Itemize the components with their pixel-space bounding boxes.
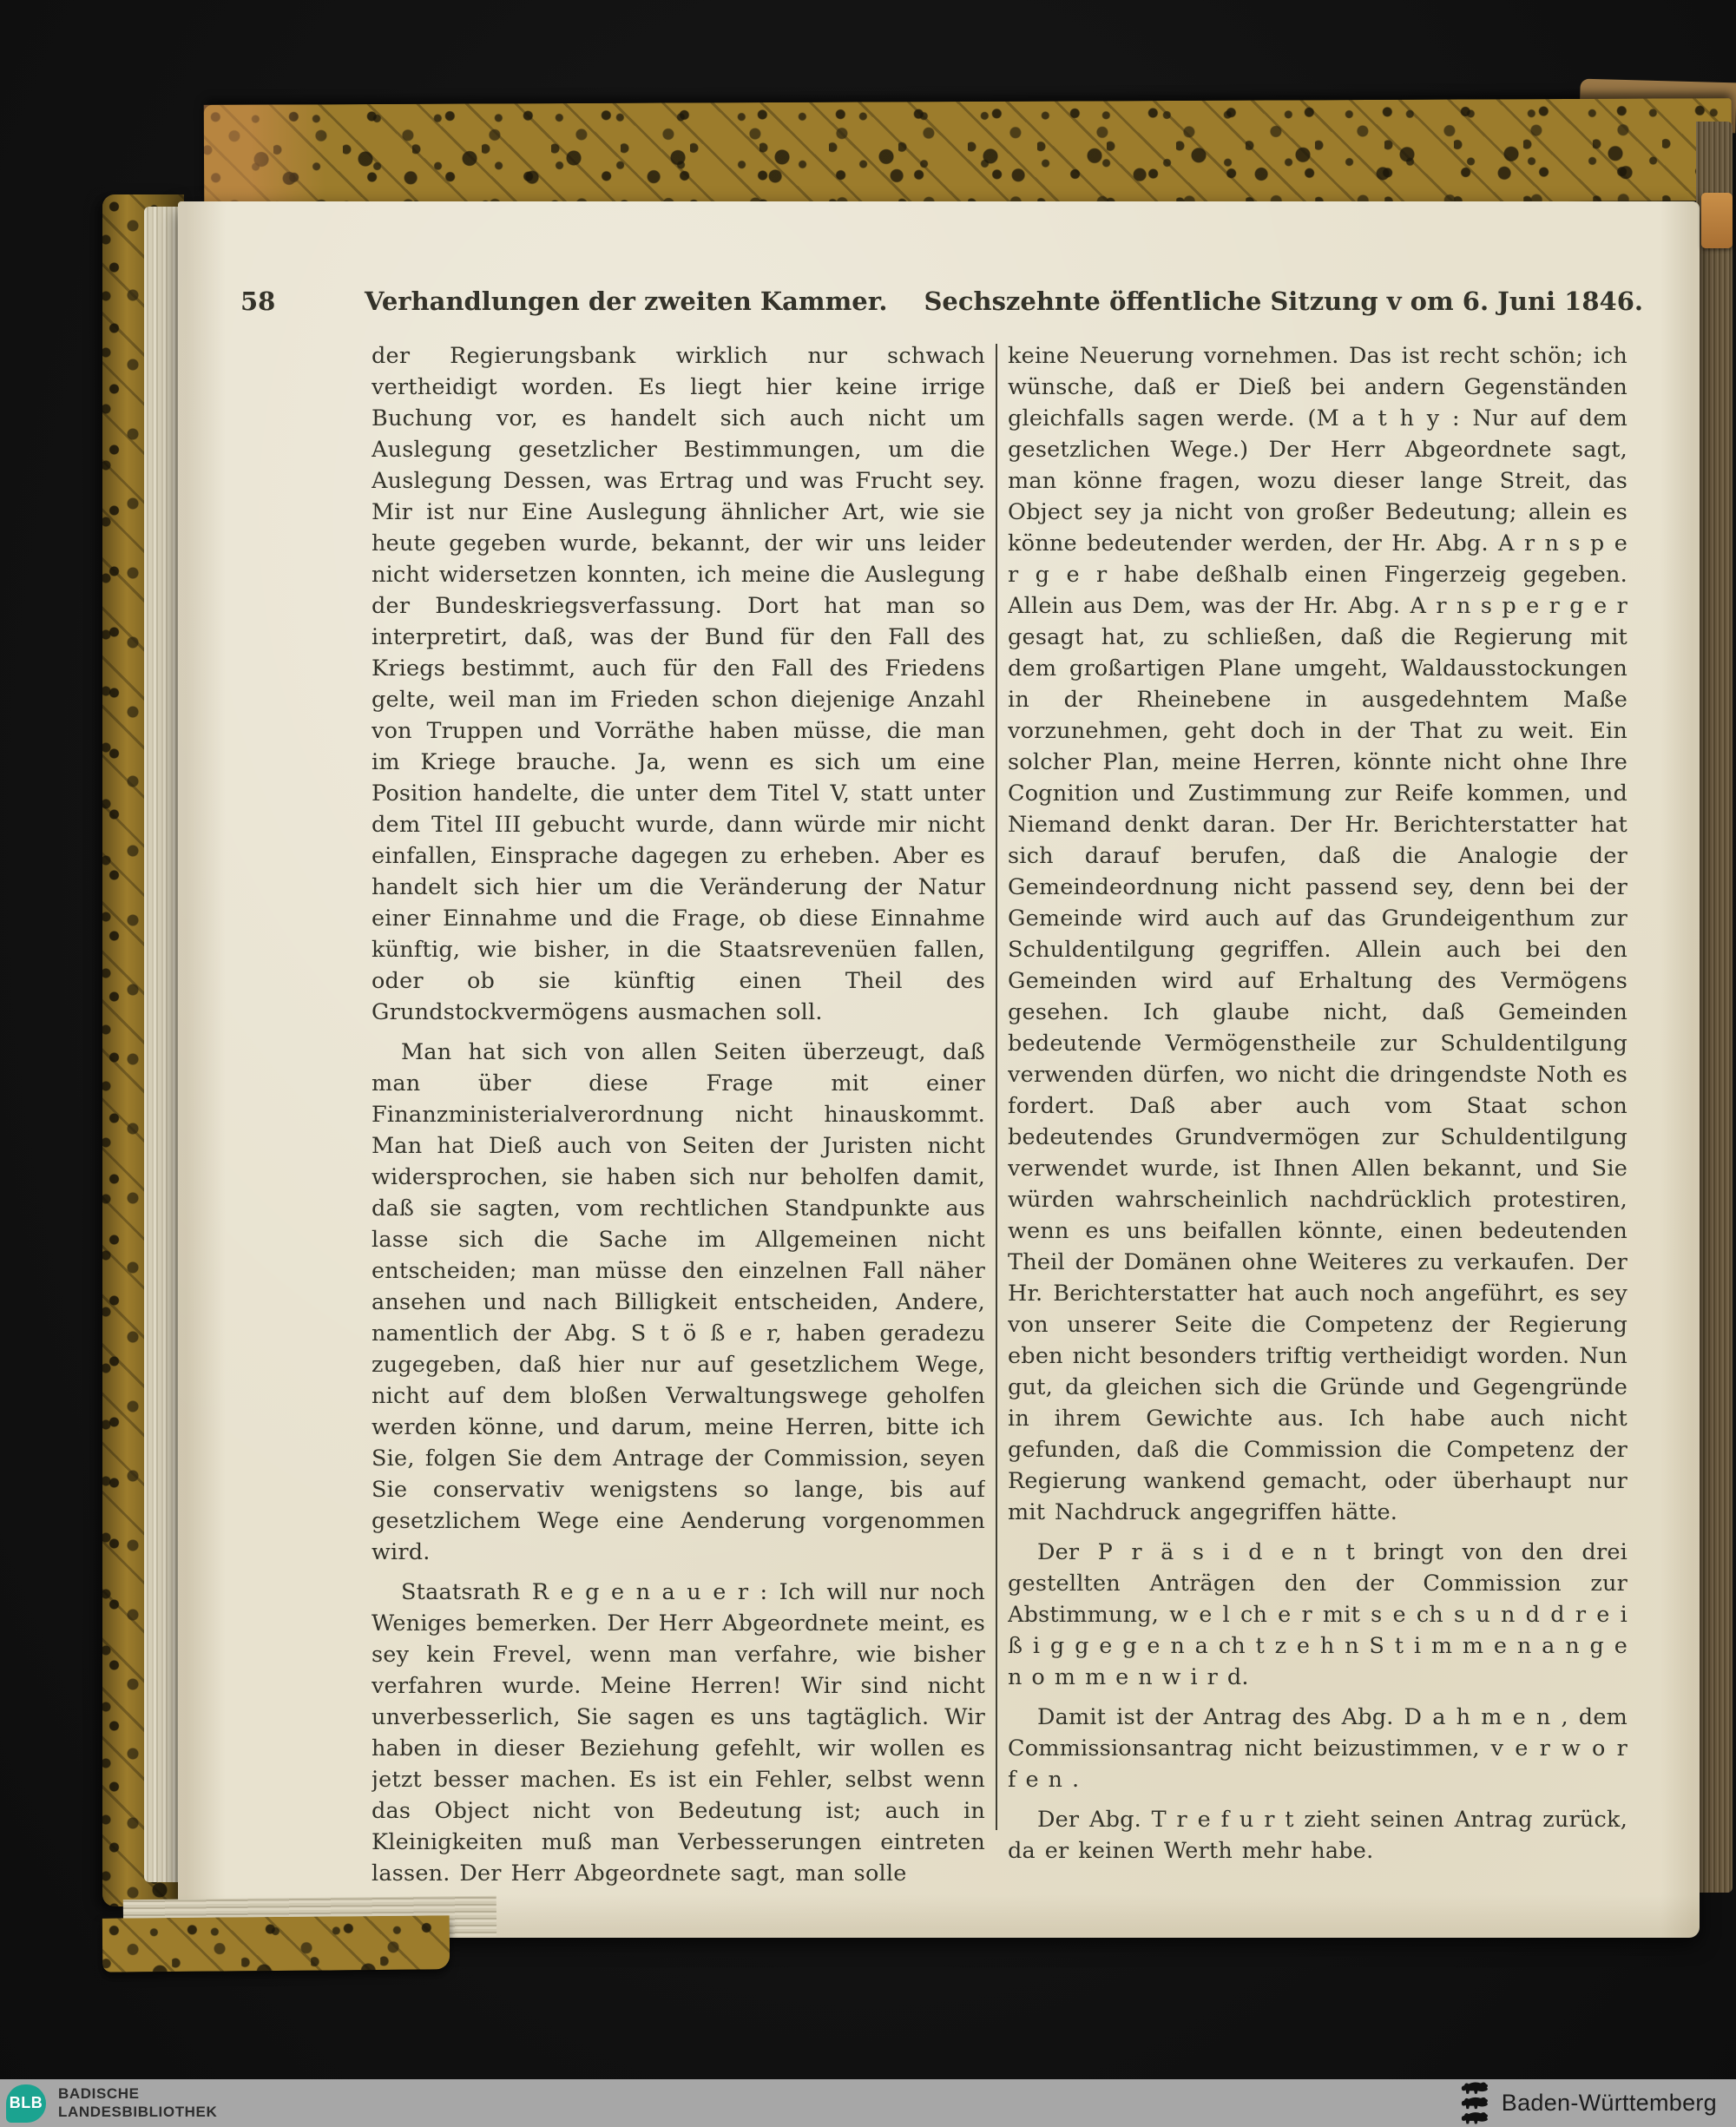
text-paragraph: Der P r ä s i d e n t bringt von den dre… — [1008, 1537, 1627, 1693]
baden-wuerttemberg-coat-of-arms-icon — [1458, 2081, 1491, 2126]
scanned-book-page: 58 Verhandlungen der zweiten Kammer.Sech… — [178, 201, 1700, 1938]
column-left: der Regierungsbank wirklich nur schwach … — [372, 340, 985, 1903]
branding-footer-bar: BLB BADISCHE LANDESBIBLIOTHEK Baden-Würt… — [0, 2079, 1736, 2127]
text-paragraph: Damit ist der Antrag des Abg. D a h m e … — [1008, 1702, 1627, 1795]
blb-logo-link[interactable]: BLB BADISCHE LANDESBIBLIOTHEK — [0, 2084, 217, 2123]
text-paragraph: Man hat sich von allen Seiten überzeugt,… — [372, 1037, 985, 1568]
page-number: 58 — [240, 286, 275, 316]
book-cover-top-edge — [204, 98, 1732, 207]
text-columns: der Regierungsbank wirklich nur schwach … — [372, 340, 1631, 1903]
library-name-line1: BADISCHE — [58, 2085, 217, 2103]
column-divider-rule — [996, 344, 997, 1830]
text-paragraph: Staatsrath R e g e n a u e r : Ich will … — [372, 1577, 985, 1889]
text-paragraph: keine Neuerung vornehmen. Das ist recht … — [1008, 340, 1627, 1528]
blb-logo-abbr: BLB — [10, 2094, 43, 2112]
running-title-session: Sechszehnte öffentliche Sitzung v om 6. … — [924, 286, 1643, 316]
column-right: keine Neuerung vornehmen. Das ist recht … — [1008, 340, 1627, 1903]
text-paragraph: der Regierungsbank wirklich nur schwach … — [372, 340, 985, 1028]
library-name-line2: LANDESBIBLIOTHEK — [58, 2104, 217, 2121]
library-name: BADISCHE LANDESBIBLIOTHEK — [58, 2085, 217, 2120]
blb-logo-icon: BLB — [6, 2084, 46, 2123]
running-title-work: Verhandlungen der zweiten Kammer. — [365, 286, 887, 316]
state-name-label: Baden-Württemberg — [1502, 2090, 1717, 2117]
viewer-background: { "page": { "page_number": "58", "header… — [0, 0, 1736, 2127]
book-leather-tab — [1701, 193, 1733, 248]
book-cover-bottom-edge — [102, 1915, 450, 1972]
book-page-fore-edge — [1696, 122, 1733, 1893]
text-paragraph: Der Abg. T r e f u r t zieht seinen Antr… — [1008, 1804, 1627, 1867]
state-logo-link[interactable]: Baden-Württemberg — [1458, 2081, 1736, 2126]
page-header: 58 Verhandlungen der zweiten Kammer.Sech… — [178, 286, 1700, 325]
running-title: Verhandlungen der zweiten Kammer.Sechsze… — [365, 286, 1641, 316]
